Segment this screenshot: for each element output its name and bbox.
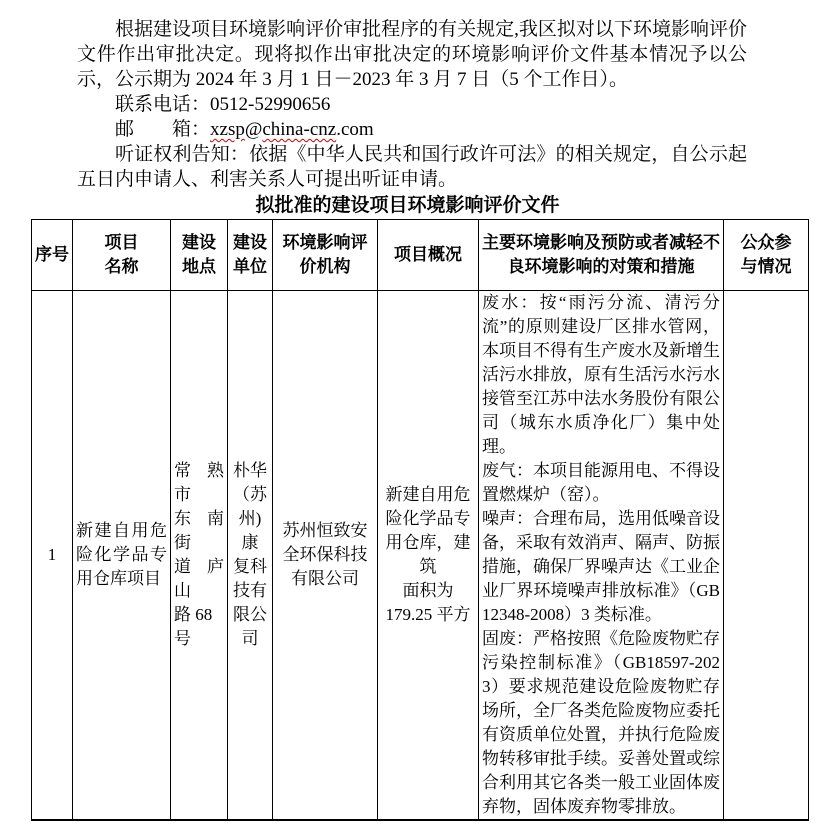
column-header-overview: 项目概况 [378, 220, 479, 291]
column-header-public-participation: 公众参 与情况 [724, 220, 809, 291]
measure-noise: 噪声：合理布局，选用低噪音设备，采取有效消声、隔声、防振措施，确保厂界噪声达《工… [482, 507, 720, 627]
email-tld: .com [336, 119, 373, 140]
contact-email-line: 邮 箱：xzsp@china-cnz.com [77, 117, 747, 142]
phone-label: 联系电话： [115, 94, 210, 115]
eia-approval-table: 序号 项目 名称 建设 地点 建设 单位 环境影响评 价机构 项目概况 主要环境… [31, 219, 809, 821]
cell-location: 常熟市 东南街 道庐山 路 68 号 [171, 291, 228, 821]
header-row: 序号 项目 名称 建设 地点 建设 单位 环境影响评 价机构 项目概况 主要环境… [32, 220, 809, 291]
email-at-sign: @ [245, 119, 263, 140]
measure-solid-waste: 固废：严格按照《危险废物贮存污染控制标准》（GB18597-2023）要求规范建… [482, 627, 720, 819]
cell-overview: 新建自用危 险化学品专 用仓库，建筑 面积为 179.25 平方 [378, 291, 479, 821]
cell-eia-agency: 苏州恒致安 全环保科技 有限公司 [273, 291, 378, 821]
email-user: xzsp [210, 119, 245, 140]
cell-measures: 废水：按“雨污分流、清污分流”的原则建设厂区排水管网，本项目不得有生产废水及新增… [479, 291, 724, 821]
column-header-builder: 建设 单位 [228, 220, 273, 291]
intro-section: 根据建设项目环境影响评价审批程序的有关规定,我区拟对以下环境影响评价文件作出审批… [77, 17, 747, 192]
table-row: 1 新建自用危险化学品专用仓库项目 常熟市 东南街 道庐山 路 68 号 朴华 … [32, 291, 809, 821]
column-header-seq: 序号 [32, 220, 73, 291]
table-title: 拟批准的建设项目环境影响评价文件 [0, 195, 815, 217]
intro-paragraph: 根据建设项目环境影响评价审批程序的有关规定,我区拟对以下环境影响评价文件作出审批… [77, 17, 747, 92]
cell-builder: 朴华 （苏 州)康 复科 技有 限公 司 [228, 291, 273, 821]
phone-number: 0512-52990656 [210, 94, 330, 115]
email-label: 邮 箱： [115, 119, 210, 140]
document-page: 根据建设项目环境影响评价审批程序的有关规定,我区拟对以下环境影响评价文件作出审批… [0, 0, 815, 826]
cell-seq: 1 [32, 291, 73, 821]
column-header-eia-agency: 环境影响评 价机构 [273, 220, 378, 291]
email-domain: china-cnz [262, 119, 336, 140]
column-header-project-name: 项目 名称 [73, 220, 171, 291]
measure-exhaust-gas: 废气：本项目能源用电、不得设置燃煤炉（窑）。 [482, 459, 720, 507]
measure-wastewater: 废水：按“雨污分流、清污分流”的原则建设厂区排水管网，本项目不得有生产废水及新增… [482, 291, 720, 459]
cell-public-participation [724, 291, 809, 821]
column-header-location: 建设 地点 [171, 220, 228, 291]
cell-project-name: 新建自用危险化学品专用仓库项目 [73, 291, 171, 821]
contact-phone-line: 联系电话：0512-52990656 [77, 92, 747, 117]
hearing-notice: 听证权利告知：依据《中华人民共和国行政许可法》的相关规定，自公示起五日内申请人、… [77, 142, 747, 192]
column-header-measures: 主要环境影响及预防或者减轻不 良环境影响的对策和措施 [479, 220, 724, 291]
